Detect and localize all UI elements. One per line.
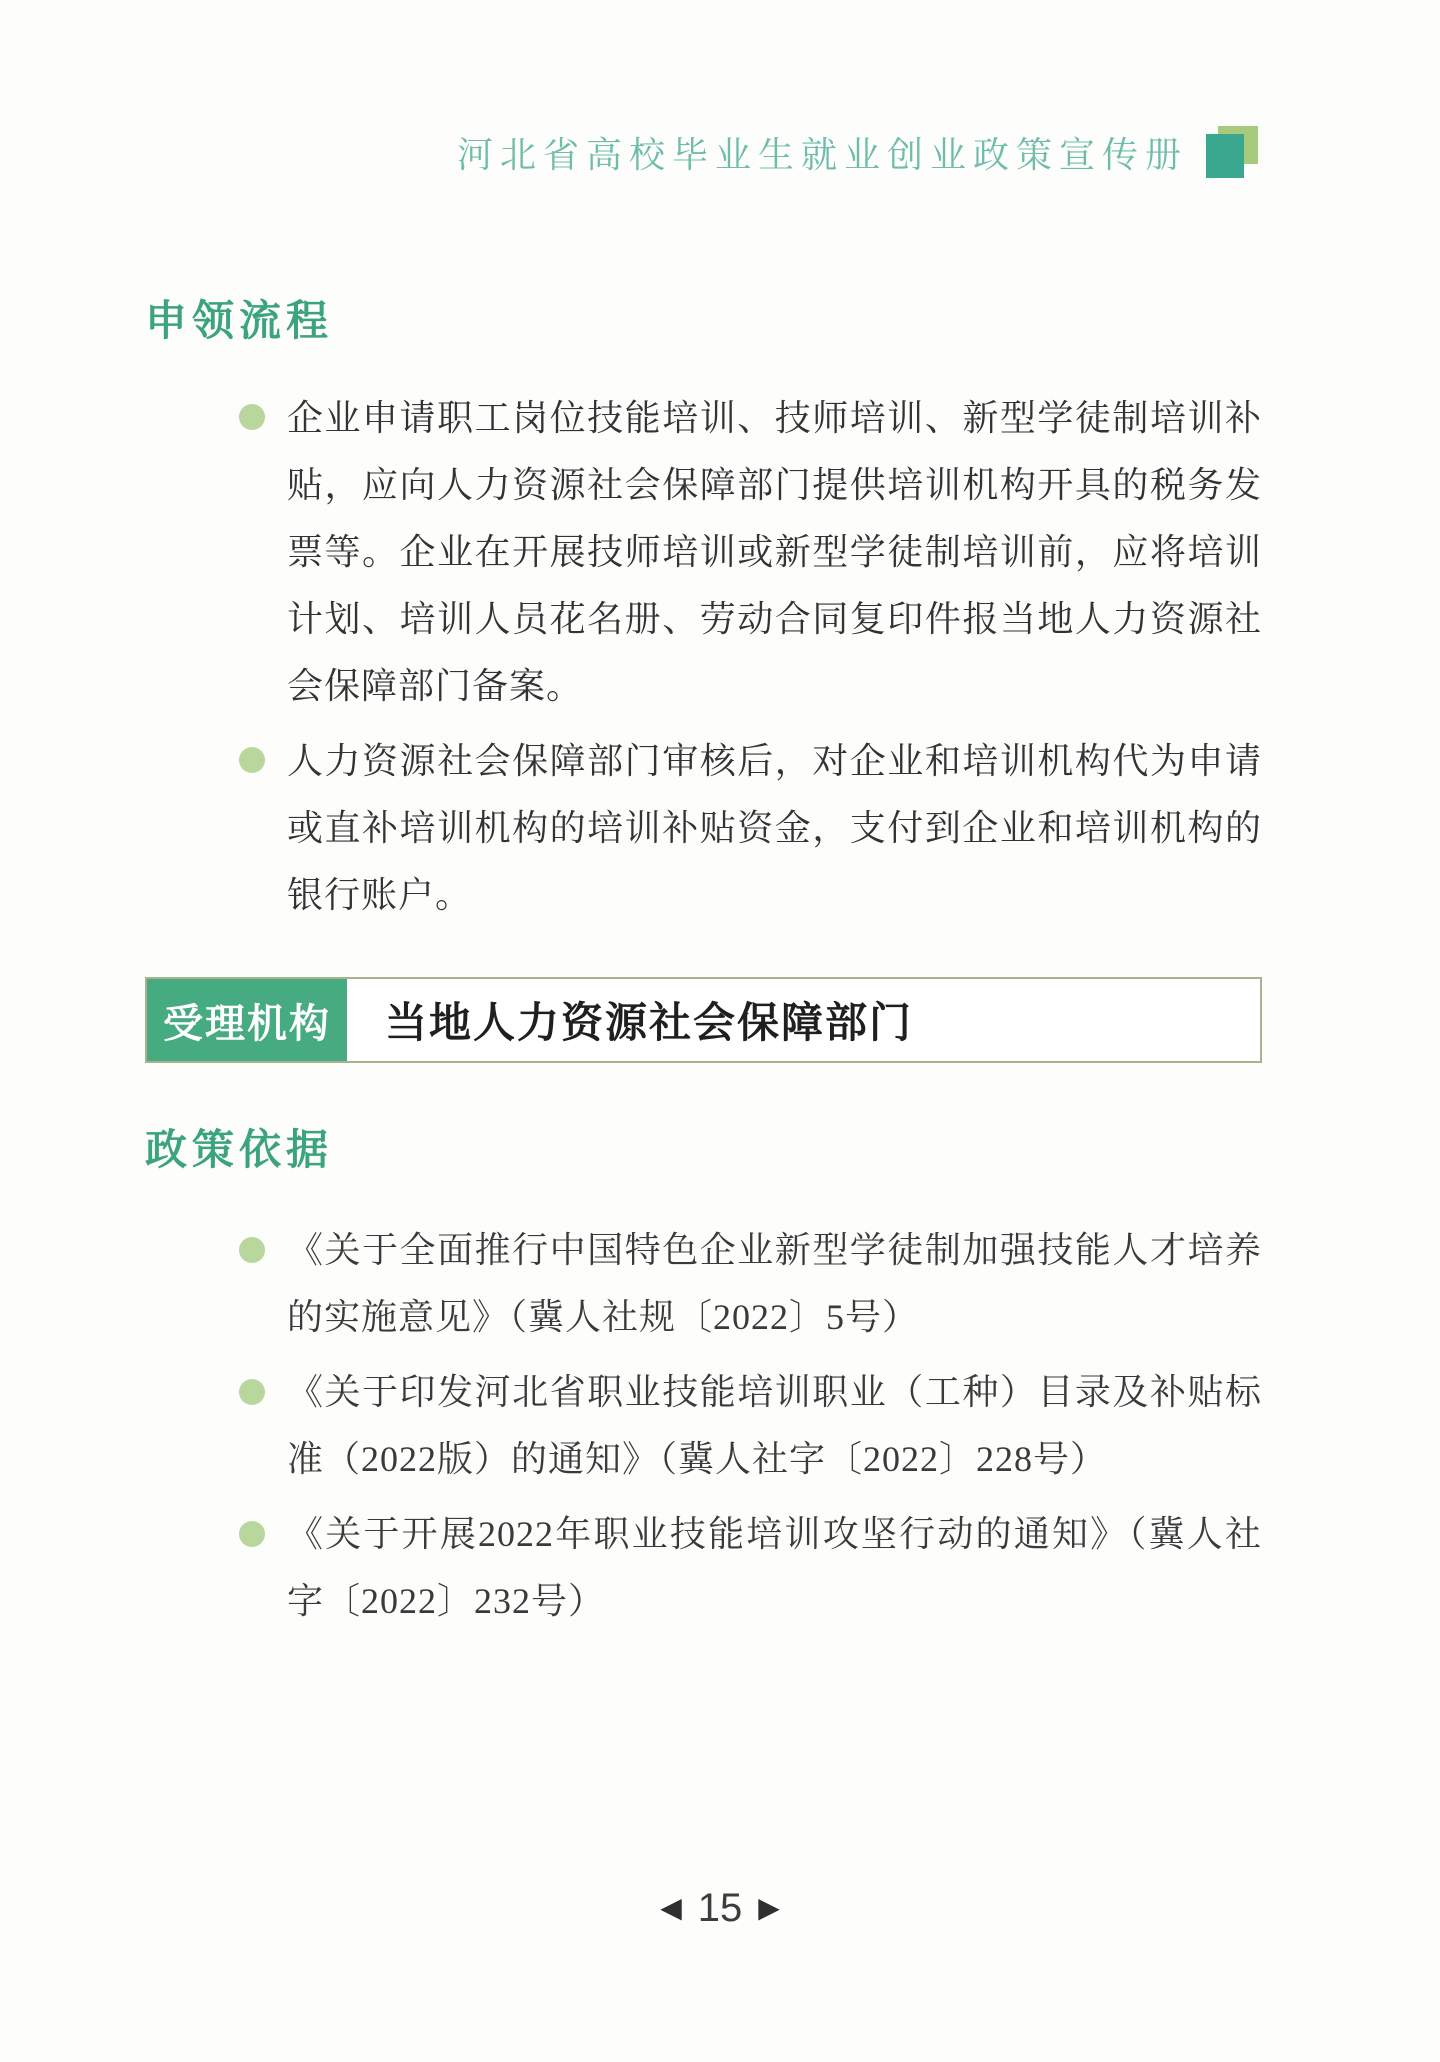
accepting-agency-label: 受理机构 [147,979,347,1061]
bullet-icon [239,404,265,430]
bullet-icon [239,747,265,773]
policy-basis-item-text: 《关于印发河北省职业技能培训职业（工种）目录及补贴标准（2022版）的通知》（冀… [287,1359,1262,1493]
section-title-policy-basis: 政策依据 [145,1123,1262,1177]
list-item: 《关于全面推行中国特色企业新型学徒制加强技能人才培养的实施意见》（冀人社规〔20… [145,1217,1262,1351]
bullet-icon [239,1521,265,1547]
policy-basis-item-text: 《关于开展2022年职业技能培训攻坚行动的通知》（冀人社字〔2022〕232号） [287,1501,1262,1635]
page-footer: ◀ 15 ▶ [0,1884,1440,1932]
accepting-agency-value: 当地人力资源社会保障部门 [347,979,1260,1061]
list-item: 《关于印发河北省职业技能培训职业（工种）目录及补贴标准（2022版）的通知》（冀… [145,1359,1262,1493]
prev-page-icon: ◀ [660,1884,682,1932]
list-item: 人力资源社会保障部门审核后，对企业和培训机构代为申请或直补培训机构的培训补贴资金… [145,727,1262,928]
next-page-icon: ▶ [758,1884,780,1932]
bullet-icon [239,1237,265,1263]
page-content: 申领流程 企业申请职工岗位技能培训、技师培训、新型学徒制培训补贴，应向人力资源社… [145,294,1262,1635]
brochure-page: 河北省高校毕业生就业创业政策宣传册 申领流程 企业申请职工岗位技能培训、技师培训… [0,0,1440,2062]
page-number: 15 [698,1884,743,1932]
mark-front-square [1206,134,1244,178]
apply-process-item-text: 企业申请职工岗位技能培训、技师培训、新型学徒制培训补贴，应向人力资源社会保障部门… [287,384,1262,719]
brochure-title: 河北省高校毕业生就业创业政策宣传册 [457,127,1188,178]
policy-basis-item-text: 《关于全面推行中国特色企业新型学徒制加强技能人才培养的实施意见》（冀人社规〔20… [287,1217,1262,1351]
bullet-icon [239,1379,265,1405]
section-title-apply-process: 申领流程 [145,294,1262,348]
policy-basis-list: 《关于全面推行中国特色企业新型学徒制加强技能人才培养的实施意见》（冀人社规〔20… [145,1217,1262,1635]
list-item: 企业申请职工岗位技能培训、技师培训、新型学徒制培训补贴，应向人力资源社会保障部门… [145,384,1262,719]
apply-process-item-text: 人力资源社会保障部门审核后，对企业和培训机构代为申请或直补培训机构的培训补贴资金… [287,727,1262,928]
page-header: 河北省高校毕业生就业创业政策宣传册 [0,126,1258,178]
brochure-mark-icon [1204,126,1258,178]
list-item: 《关于开展2022年职业技能培训攻坚行动的通知》（冀人社字〔2022〕232号） [145,1501,1262,1635]
apply-process-list: 企业申请职工岗位技能培训、技师培训、新型学徒制培训补贴，应向人力资源社会保障部门… [145,384,1262,928]
accepting-agency-box: 受理机构 当地人力资源社会保障部门 [145,977,1262,1063]
